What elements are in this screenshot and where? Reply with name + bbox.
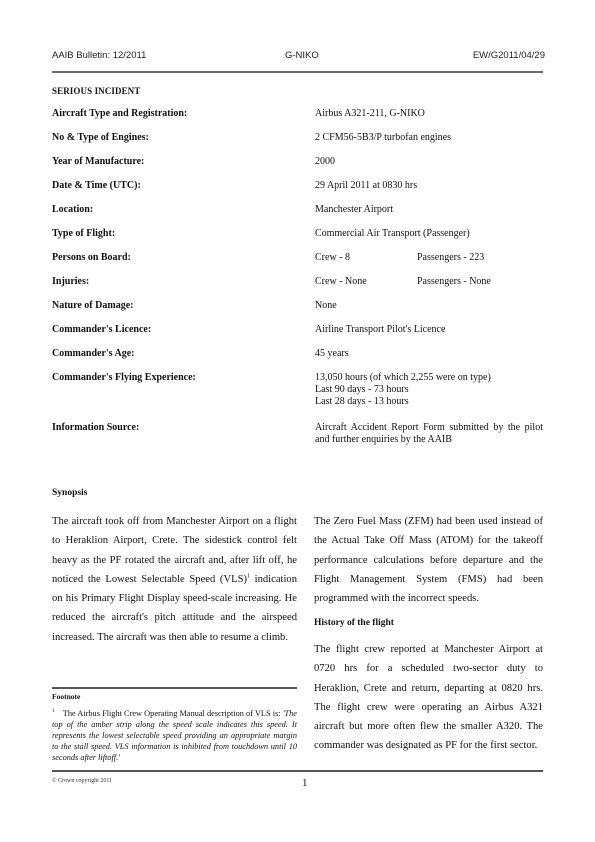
aircraft-registration-header: G-NIKO <box>285 50 319 61</box>
fact-label: Information Source: <box>52 422 139 433</box>
bulletin-number: AAIB Bulletin: 12/2011 <box>52 50 146 61</box>
fact-value: Airline Transport Pilot's Licence <box>315 324 543 336</box>
history-paragraph-1: The flight crew reported at Manchester A… <box>314 640 543 756</box>
footnote-heading: Footnote <box>52 692 80 701</box>
fact-value: 29 April 2011 at 0830 hrs <box>315 180 543 192</box>
page-number: 1 <box>302 777 308 789</box>
fact-value: Manchester Airport <box>315 204 543 216</box>
fact-label: Commander's Flying Experience: <box>52 372 196 383</box>
fact-value: 45 years <box>315 348 543 360</box>
report-reference: EW/G2011/04/29 <box>473 50 545 61</box>
fact-value: None <box>315 300 543 312</box>
footnote-text: The Airbus Flight Crew Operating Manual … <box>63 709 283 718</box>
fact-label: Type of Flight: <box>52 228 115 239</box>
fact-label: Nature of Damage: <box>52 300 133 311</box>
last-90-days: Last 90 days - 73 hours <box>315 384 543 396</box>
last-28-days: Last 28 days - 13 hours <box>315 396 543 408</box>
fact-value: 2000 <box>315 156 543 168</box>
footnote-1: 1The Airbus Flight Crew Operating Manual… <box>52 708 297 763</box>
fact-value-multiline: 13,050 hours (of which 2,255 were on typ… <box>315 372 543 408</box>
document-page: AAIB Bulletin: 12/2011 G-NIKO EW/G2011/0… <box>0 0 595 842</box>
fact-value-group: Crew - None Passengers - None <box>315 276 543 288</box>
crew-injuries: Crew - None <box>315 276 367 287</box>
footer-divider <box>52 770 543 772</box>
fact-label: Commander's Licence: <box>52 324 151 335</box>
fact-value: Commercial Air Transport (Passenger) <box>315 228 543 240</box>
footnote-divider <box>52 687 297 689</box>
fact-value: Airbus A321-211, G-NIKO <box>315 108 543 120</box>
passenger-count: Passengers - 223 <box>417 252 484 264</box>
fact-label: Date & Time (UTC): <box>52 180 141 191</box>
footnote-number: 1 <box>52 708 55 714</box>
fact-label: Persons on Board: <box>52 252 131 263</box>
fact-value: Aircraft Accident Report Form submitted … <box>315 422 543 446</box>
fact-label: Location: <box>52 204 93 215</box>
fact-value: 2 CFM56-5B3/P turbofan engines <box>315 132 543 144</box>
fact-label: No & Type of Engines: <box>52 132 149 143</box>
fact-value-group: Crew - 8 Passengers - 223 <box>315 252 543 264</box>
synopsis-paragraph-1: The aircraft took off from Manchester Ai… <box>52 512 297 647</box>
passenger-injuries: Passengers - None <box>417 276 491 288</box>
header-divider <box>52 71 543 73</box>
crew-count: Crew - 8 <box>315 252 350 263</box>
copyright-notice: © Crown copyright 2011 <box>52 778 112 784</box>
incident-category-title: SERIOUS INCIDENT <box>52 86 140 96</box>
history-heading: History of the flight <box>314 618 394 628</box>
fact-label: Commander's Age: <box>52 348 135 359</box>
total-hours: 13,050 hours (of which 2,255 were on typ… <box>315 372 543 384</box>
synopsis-paragraph-2: The Zero Fuel Mass (ZFM) had been used i… <box>314 512 543 608</box>
fact-label: Aircraft Type and Registration: <box>52 108 187 119</box>
fact-label: Year of Manufacture: <box>52 156 144 167</box>
fact-label: Injuries: <box>52 276 89 287</box>
synopsis-heading: Synopsis <box>52 488 87 498</box>
